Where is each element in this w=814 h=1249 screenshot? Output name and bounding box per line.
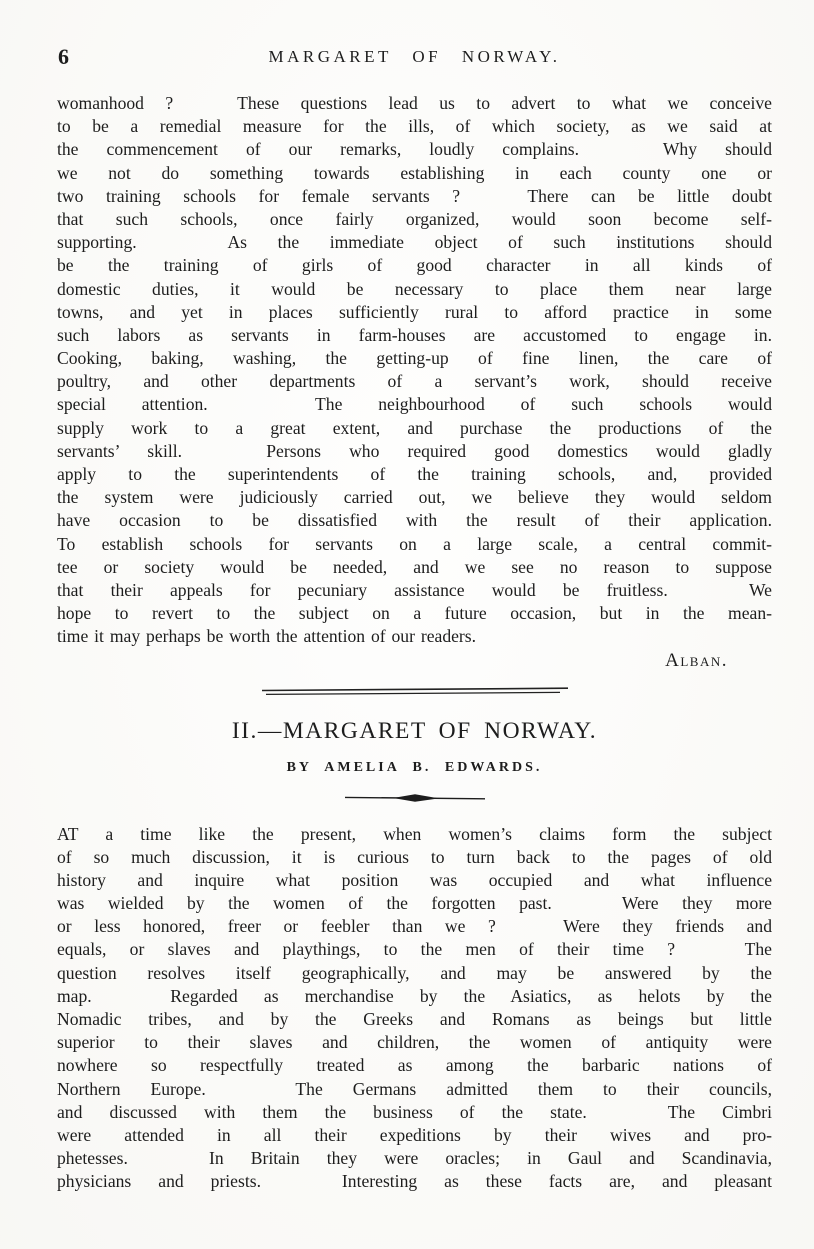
text-line: Cooking, baking, washing, the getting-up… — [57, 347, 772, 370]
text-line: AT a time like the present, when women’s… — [57, 823, 772, 846]
page-number: 6 — [58, 44, 70, 70]
text-line: question resolves itself geographically,… — [57, 962, 772, 985]
text-line: Nomadic tribes, and by the Greeks and Ro… — [57, 1008, 772, 1031]
text-line: that such schools, once fairly organized… — [57, 208, 772, 231]
text-line: such labors as servants in farm-houses a… — [57, 324, 772, 347]
text-line: special attention. The neighbourhood of … — [57, 393, 772, 416]
tapered-rule-ornament — [345, 792, 485, 804]
text-line: was wielded by the women of the forgotte… — [57, 892, 772, 915]
author-signature: Alban. — [57, 650, 772, 674]
running-title: MARGARET OF NORWAY. — [57, 44, 772, 67]
opening-paragraph: AT a time like the present, when women’s… — [57, 823, 772, 1194]
text-line: time it may perhaps be worth the attenti… — [57, 625, 772, 648]
text-line: two training schools for female servants… — [57, 185, 772, 208]
text-line: equals, or slaves and playthings, to the… — [57, 938, 772, 961]
text-line: To establish schools for servants on a l… — [57, 533, 772, 556]
text-line: and discussed with them the business of … — [57, 1101, 772, 1124]
text-line: the commencement of our remarks, loudly … — [57, 138, 772, 161]
article-title: II.—MARGARET OF NORWAY. — [57, 718, 772, 745]
text-line: history and inquire what position was oc… — [57, 869, 772, 892]
text-line: physicians and priests. Interesting as t… — [57, 1170, 772, 1193]
document-page: 6 MARGARET OF NORWAY. womanhood ? These … — [0, 0, 814, 1249]
text-line: servants’ skill. Persons who required go… — [57, 440, 772, 463]
text-line: or less honored, freer or feebler than w… — [57, 915, 772, 938]
text-line: the system were judiciously carried out,… — [57, 486, 772, 509]
text-line: of so much discussion, it is curious to … — [57, 846, 772, 869]
text-line: towns, and yet in places sufficiently ru… — [57, 301, 772, 324]
text-line: hope to revert to the subject on a futur… — [57, 602, 772, 625]
text-line: be the training of girls of good charact… — [57, 254, 772, 277]
article-byline: BY AMELIA B. EDWARDS. — [57, 760, 772, 776]
text-line: were attended in all their expeditions b… — [57, 1124, 772, 1147]
article-margaret-of-norway: II.—MARGARET OF NORWAY. BY AMELIA B. EDW… — [57, 718, 772, 1194]
text-line: nowhere so respectfully treated as among… — [57, 1054, 772, 1077]
text-line: Northern Europe. The Germans admitted th… — [57, 1078, 772, 1101]
running-head: 6 MARGARET OF NORWAY. — [57, 44, 772, 72]
text-line: tee or society would be needed, and we s… — [57, 556, 772, 579]
text-line: domestic duties, it would be necessary t… — [57, 278, 772, 301]
text-line: womanhood ? These questions lead us to a… — [57, 92, 772, 115]
text-line: we not do something towards establishing… — [57, 162, 772, 185]
double-rule-divider — [260, 686, 570, 696]
text-line: apply to the superintendents of the trai… — [57, 463, 772, 486]
text-line: that their appeals for pecuniary assista… — [57, 579, 772, 602]
text-line: to be a remedial measure for the ills, o… — [57, 115, 772, 138]
text-line: have occasion to be dissatisfied with th… — [57, 509, 772, 532]
text-line: supply work to a great extent, and purch… — [57, 417, 772, 440]
text-line: map. Regarded as merchandise by the Asia… — [57, 985, 772, 1008]
article-conclusion-section: womanhood ? These questions lead us to a… — [57, 92, 772, 674]
text-line: phetesses. In Britain they were oracles;… — [57, 1147, 772, 1170]
text-line: poultry, and other departments of a serv… — [57, 370, 772, 393]
text-line: superior to their slaves and children, t… — [57, 1031, 772, 1054]
text-line: supporting. As the immediate object of s… — [57, 231, 772, 254]
conclusion-paragraph: womanhood ? These questions lead us to a… — [57, 92, 772, 649]
